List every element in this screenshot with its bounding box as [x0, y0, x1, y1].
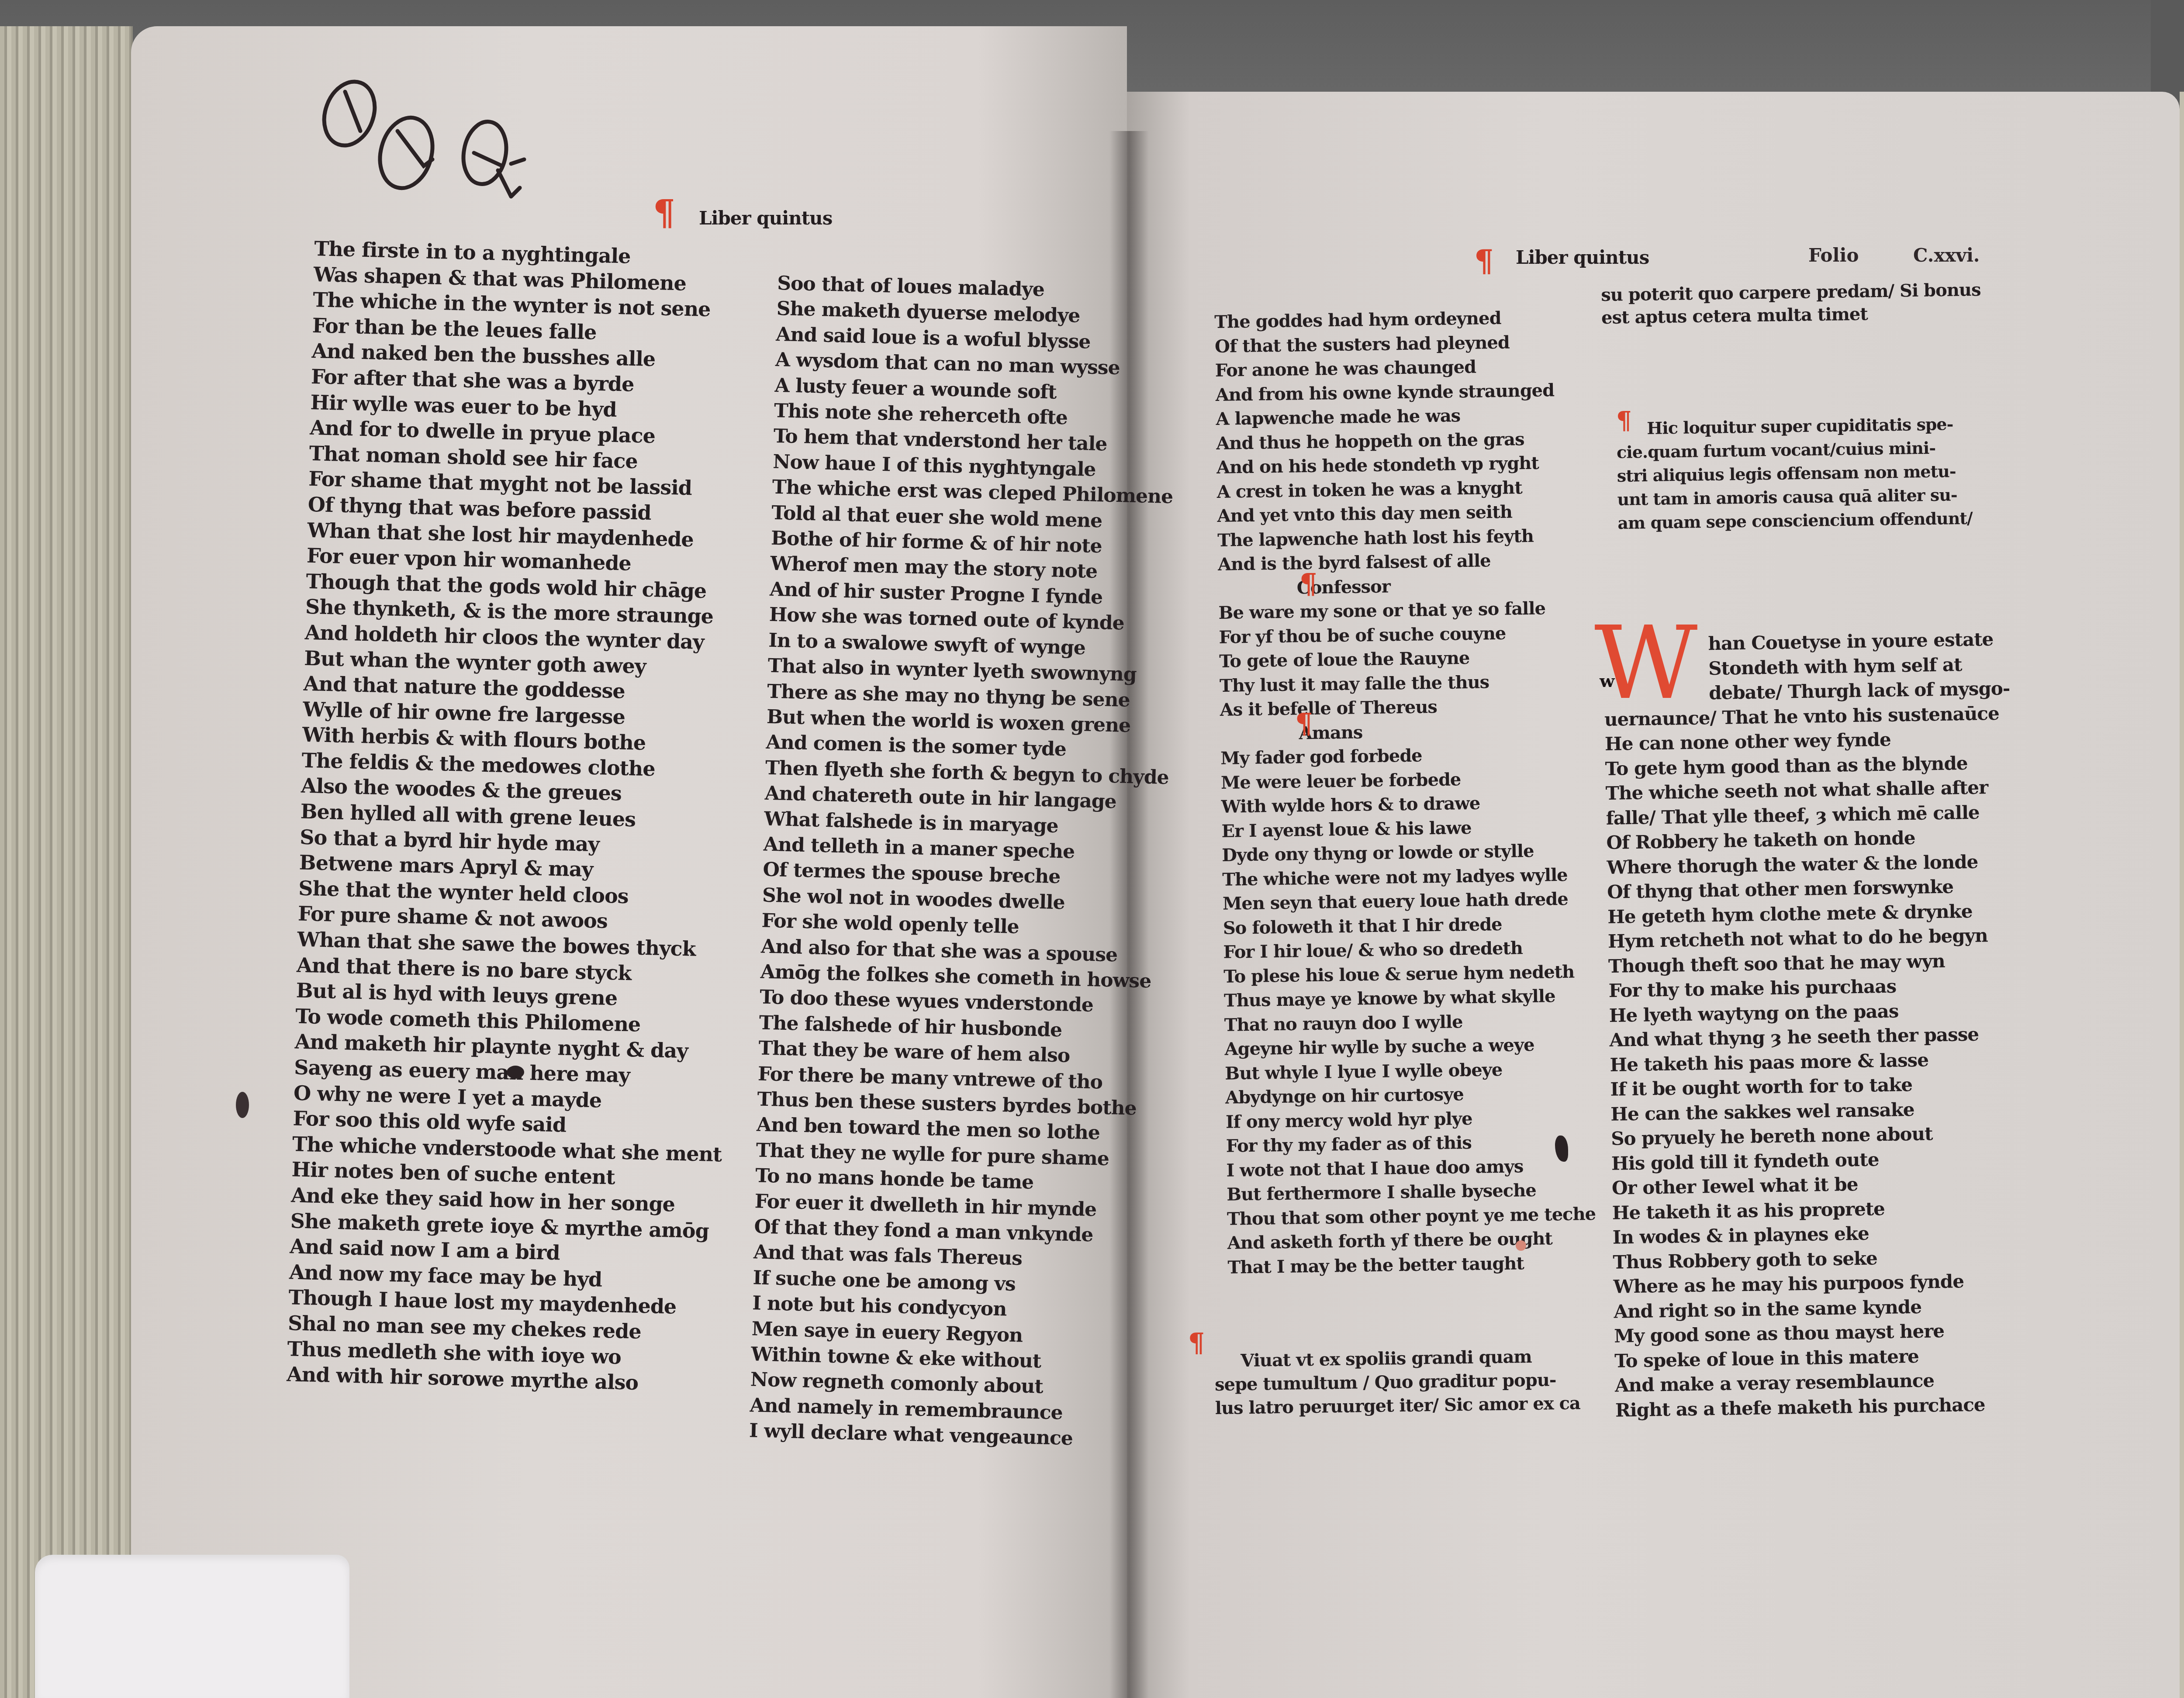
- right-page-column-2: han Couetyse in youre estate Stondeth wi…: [1603, 627, 2022, 1422]
- latin-line: am quam sepe consciencium offendunt/: [1617, 507, 1973, 535]
- rubric-paragraph-mark: ¶: [1299, 568, 1317, 601]
- book-support-cloth: [35, 1555, 349, 1698]
- left-page-block-edge: [0, 26, 133, 1698]
- latin-gloss-top: su poterit quo carpere predam/ Si bonus …: [1601, 279, 1981, 329]
- ink-blot: [236, 1092, 249, 1118]
- latin-gloss-bottom: Viuat vt ex spoliis grandi quam sepe tum…: [1214, 1344, 1580, 1420]
- verse-line: Men seyn that euery loue hath drede: [1223, 887, 1592, 916]
- rubric-paragraph-mark: ¶: [653, 192, 675, 233]
- right-page-column-1: The goddes had hym ordeyned Of that the …: [1214, 305, 1597, 1280]
- rubric-paragraph-mark: ¶: [1188, 1328, 1205, 1358]
- ink-blot: [507, 1066, 524, 1079]
- verse-line: And from his owne kynde straunged: [1215, 378, 1584, 407]
- verse-line: And on his hede stondeth vp ryght: [1216, 450, 1586, 480]
- verse-line: The lapwenche hath lost his feyth: [1217, 523, 1586, 552]
- left-page-column-1: The firste in to a nyghtingale Was shape…: [287, 236, 744, 1398]
- folio-label: Folio: [1808, 245, 1859, 266]
- rubric-paragraph-mark: ¶: [1295, 707, 1313, 740]
- rubric-paragraph-mark: ¶: [1474, 242, 1494, 279]
- verse-line: That I may be the better taught: [1227, 1250, 1597, 1280]
- verse-line: Thus maye ye knowe by what skylle: [1224, 984, 1593, 1013]
- left-page-column-2: Soo that of loues maladye She maketh dyu…: [749, 271, 1181, 1453]
- folio-value: C.xxvi.: [1913, 245, 1980, 266]
- right-page-block-edge: [2180, 92, 2184, 1698]
- folio-number: Folio C.xxvi.: [1808, 245, 1980, 266]
- running-head-right: Liber quintus: [1516, 247, 1649, 268]
- verse-line: Be ware my sone or that ye so falle: [1218, 596, 1587, 625]
- running-head-left: Liber quintus: [699, 207, 832, 229]
- rubric-spot: [1516, 1240, 1526, 1251]
- latin-gloss-cupiditas: Hic loquitur super cupiditatis spe- cie.…: [1616, 412, 1973, 535]
- handwritten-inscription: [319, 66, 625, 205]
- verse-line: And asketh forth yf there be ought: [1227, 1226, 1596, 1255]
